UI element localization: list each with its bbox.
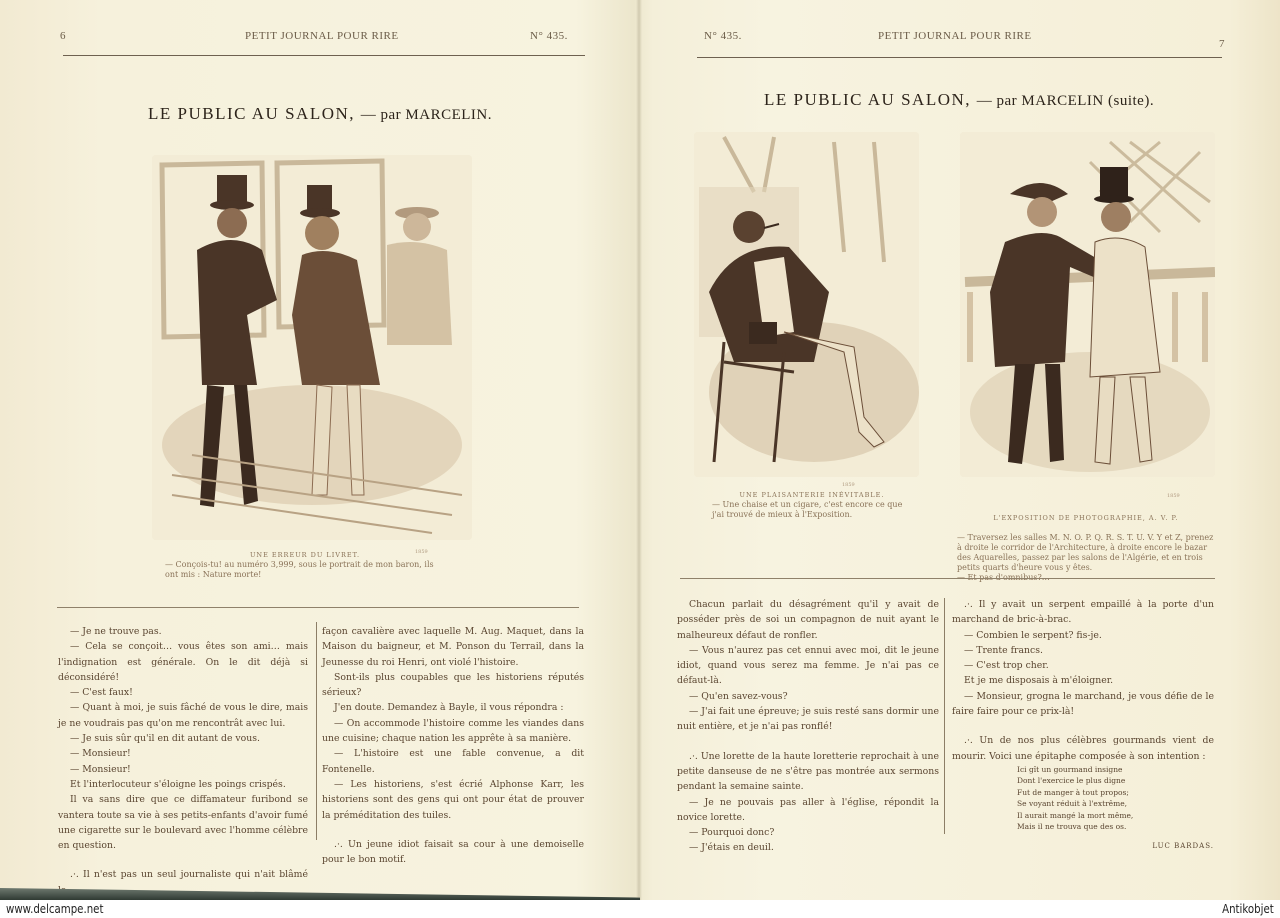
epitaph-line: Ici gît un gourmand insigne: [1017, 764, 1214, 776]
caption-text: — Une chaise et un cigare, c'est encore …: [712, 500, 902, 519]
text-column-1: Chacun parlait du désagrément qu'il y av…: [677, 597, 939, 856]
paragraph: — Monsieur!: [58, 746, 308, 761]
text-column-2: .·. Il y avait un serpent empaillé à la …: [952, 597, 1214, 854]
issue-number: N° 435.: [704, 30, 742, 42]
text-column-2: façon cavalière avec laquelle M. Aug. Ma…: [322, 624, 584, 867]
text-column-1: — Je ne trouve pas. — Cela se conçoit… v…: [58, 624, 308, 898]
paragraph: .·. Il y avait un serpent empaillé à la …: [952, 597, 1214, 628]
paragraph: — C'est trop cher.: [952, 658, 1214, 673]
caption-plaisanterie: UNE PLAISANTERIE INÉVITABLE. — Une chais…: [712, 490, 912, 520]
engraver-signature: 1859: [415, 547, 428, 557]
illustration-plaisanterie: [694, 132, 919, 477]
paragraph: — Je ne pouvais pas aller à l'église, ré…: [677, 795, 939, 826]
caption-title: UNE PLAISANTERIE INÉVITABLE.: [712, 490, 912, 500]
paragraph: — Combien le serpent? fis-je.: [952, 628, 1214, 643]
right-page: N° 435. PETIT JOURNAL POUR RIRE 7 LE PUB…: [642, 0, 1280, 888]
engraving-two-men-icon: [152, 155, 472, 540]
title-text: LE PUBLIC AU SALON,: [764, 90, 971, 109]
paragraph: — Les historiens, s'est écrié Alphonse K…: [322, 777, 584, 823]
title-text: LE PUBLIC AU SALON,: [148, 104, 355, 123]
paragraph: Sont-ils plus coupables que les historie…: [322, 670, 584, 701]
paragraph: — Monsieur, grogna le marchand, je vous …: [952, 689, 1214, 720]
running-title: PETIT JOURNAL POUR RIRE: [878, 30, 1032, 42]
caption-text: — Traversez les salles M. N. O. P. Q. R.…: [957, 533, 1213, 582]
watermark-left: www.delcampe.net: [6, 902, 103, 916]
section-rule: [680, 578, 1215, 579]
running-title: PETIT JOURNAL POUR RIRE: [245, 30, 399, 42]
author-signature: LUC BARDAS.: [952, 839, 1214, 854]
epitaph-line: Mais il ne trouva que des os.: [1017, 821, 1214, 833]
paragraph: — L'histoire est une fable convenue, a d…: [322, 746, 584, 777]
page-title: LE PUBLIC AU SALON, — par MARCELIN (suit…: [764, 90, 1154, 110]
engraver-signature: 1859: [842, 480, 855, 490]
paragraph: — Quant à moi, je suis fâché de vous le …: [58, 700, 308, 731]
paragraph: — Qu'en savez-vous?: [677, 689, 939, 704]
byline: — par MARCELIN (suite).: [977, 93, 1154, 109]
paragraph: Et je me disposais à m'éloigner.: [952, 673, 1214, 688]
paragraph: — C'est faux!: [58, 685, 308, 700]
illustration-erreur-du-livret: [152, 155, 472, 540]
section-rule: [57, 607, 579, 608]
magazine-spread: 6 PETIT JOURNAL POUR RIRE N° 435. LE PUB…: [0, 0, 1280, 900]
paragraph: — Trente francs.: [952, 643, 1214, 658]
paragraph: — Pourquoi donc?: [677, 825, 939, 840]
engraving-two-men-talking-icon: [960, 132, 1215, 477]
caption-title: UNE ERREUR DU LIVRET.: [165, 550, 445, 560]
epitaph-line: Se voyant réduit à l'extrême,: [1017, 798, 1214, 810]
epitaph-line: Il aurait mangé la mort même,: [1017, 810, 1214, 822]
epitaph-line: Fut de manger à tout propos;: [1017, 787, 1214, 799]
epitaph-line: Dont l'exercice le plus digne: [1017, 775, 1214, 787]
paragraph: .·. Un jeune idiot faisait sa cour à une…: [322, 837, 584, 868]
engraver-signature: 1859: [1167, 491, 1180, 501]
page-title: LE PUBLIC AU SALON, — par MARCELIN.: [148, 104, 492, 124]
paragraph: .·. Une lorette de la haute loretterie r…: [677, 749, 939, 795]
paragraph: — Monsieur!: [58, 762, 308, 777]
caption-text: — Conçois-tu! au numéro 3,999, sous le p…: [165, 560, 434, 579]
page-number: 6: [60, 30, 66, 42]
paragraph: — Je suis sûr qu'il en dit autant de vou…: [58, 731, 308, 746]
header-rule: [697, 57, 1222, 58]
paragraph: — Vous n'aurez pas cet ennui avec moi, d…: [677, 643, 939, 689]
watermark-right: Antikobjet: [1222, 902, 1274, 916]
paragraph: façon cavalière avec laquelle M. Aug. Ma…: [322, 624, 584, 670]
paragraph: — Je ne trouve pas.: [58, 624, 308, 639]
issue-number: N° 435.: [530, 30, 568, 42]
illustration-exposition-photographie: [960, 132, 1215, 477]
paragraph: Chacun parlait du désagrément qu'il y av…: [677, 597, 939, 643]
paragraph: — J'ai fait une épreuve; je suis resté s…: [677, 704, 939, 735]
paragraph: J'en doute. Demandez à Bayle, il vous ré…: [322, 700, 584, 715]
byline: — par MARCELIN.: [361, 107, 492, 123]
binding-edge: [0, 888, 640, 900]
caption-erreur-du-livret: UNE ERREUR DU LIVRET. — Conçois-tu! au n…: [165, 550, 445, 580]
paragraph: — J'étais en deuil.: [677, 840, 939, 855]
paragraph: — On accommode l'histoire comme les vian…: [322, 716, 584, 747]
engraving-seated-smoker-icon: [694, 132, 919, 477]
paragraph: .·. Un de nos plus célèbres gourmands vi…: [952, 733, 1214, 764]
caption-exposition-photographie: L'EXPOSITION DE PHOTOGRAPHIE, A. V. P. —…: [957, 503, 1215, 593]
paragraph: Et l'interlocuteur s'éloigne les poings …: [58, 777, 308, 792]
paragraph: — Cela se conçoit… vous êtes son ami… ma…: [58, 639, 308, 685]
page-number: 7: [1219, 38, 1225, 50]
left-page: 6 PETIT JOURNAL POUR RIRE N° 435. LE PUB…: [0, 0, 636, 888]
caption-title: L'EXPOSITION DE PHOTOGRAPHIE, A. V. P.: [957, 513, 1215, 523]
header-rule: [63, 55, 585, 56]
paragraph: Il va sans dire que ce diffamateur furib…: [58, 792, 308, 853]
column-divider: [316, 622, 317, 840]
column-divider: [944, 598, 945, 834]
